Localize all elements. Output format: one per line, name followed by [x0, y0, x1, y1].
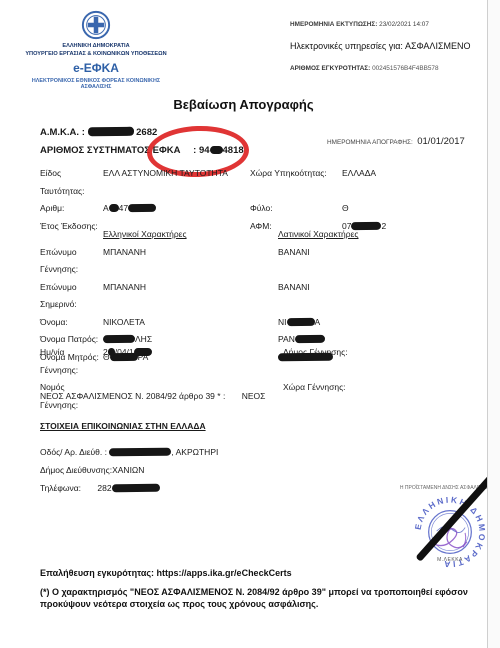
- current-surname-label: Επώνυμο Σημερινό:: [40, 279, 103, 314]
- registration-date-value: 01/01/2017: [417, 136, 465, 147]
- phones-label: Τηλέφωνα:: [40, 483, 81, 493]
- registration-date-label: ΗΜΕΡΟΜΗΝΙΑ ΑΠΟΓΡΑΦΗΣ:: [327, 139, 413, 146]
- contact-heading: ΣΤΟΙΧΕΙΑ ΕΠΙΚΟΙΝΩΝΙΑΣ ΣΤΗΝ ΕΛΛΑΔΑ: [40, 417, 218, 435]
- eservices-label: Ηλεκτρονικές υπηρεσίες για:: [290, 41, 403, 51]
- firstname-label: Όνομα:: [40, 314, 103, 332]
- redaction: [295, 335, 325, 343]
- validity-label: ΑΡΙΘΜΟΣ ΕΓΚΥΡΟΤΗΤΑΣ:: [290, 65, 370, 72]
- phones-value: 282: [97, 483, 159, 493]
- contact-section: ΣΤΟΙΧΕΙΑ ΕΠΙΚΟΙΝΩΝΙΑΣ ΣΤΗΝ ΕΛΛΑΔΑ Οδός/ …: [40, 417, 218, 497]
- footnote: (*) Ο χαρακτηρισμός "ΝΕΟΣ ΑΣΦΑΛΙΣΜΕΝΟΣ Ν…: [40, 586, 487, 610]
- birth-country-label: Χώρα Γέννησης:: [283, 379, 375, 414]
- page-edge: [487, 0, 500, 648]
- redaction: [286, 317, 314, 325]
- address-label: Οδός/ Αρ. Διεύθ. :: [40, 447, 107, 457]
- insured-status-value: ΝΕΟΣ: [242, 391, 266, 401]
- current-surname-greek: ΜΠΑΝΑΝΗ: [103, 279, 278, 314]
- header-agency: e-ΕΦΚΑ: [25, 61, 167, 75]
- gender-label: Φύλο:: [250, 200, 342, 218]
- id-number-label: Αριθμ:: [40, 200, 103, 218]
- efka-number-label: ΑΡΙΘΜΟΣ ΣΥΣΤΗΜΑΤΟΣ ΕΦΚΑ: [40, 145, 180, 156]
- amka-row: Α.Μ.Κ.Α. : 2682: [40, 127, 157, 138]
- redaction: [134, 348, 152, 356]
- birth-surname-latin: BANANI: [278, 244, 359, 279]
- header-republic: ΕΛΛΗΝΙΚΗ ΔΗΜΟΚΡΑΤΙΑ: [25, 42, 167, 50]
- municipality-value: ΧΑΝΙΩΝ: [112, 465, 144, 475]
- current-surname-latin: BANANI: [278, 279, 359, 314]
- efka-number-prefix: 94: [199, 145, 210, 156]
- birth-surname-label: Επώνυμο Γέννησης:: [40, 244, 103, 279]
- phones-row: Τηλέφωνα: 282: [40, 479, 218, 497]
- validity-value: 002451576B4F4BB578: [372, 65, 438, 72]
- verification-line: Επαλήθευση εγκυρότητας: https://apps.ika…: [40, 568, 292, 578]
- firstname-latin: NIA: [278, 314, 359, 332]
- document-title: Βεβαίωση Απογραφής: [0, 97, 487, 112]
- print-date-value: 23/02/2021 14:07: [379, 21, 429, 28]
- latin-characters-header: Λατινικοί Χαρακτήρες: [278, 226, 359, 244]
- header-meta: ΗΜΕΡΟΜΗΝΙΑ ΕΚΤΥΠΩΣΗΣ: 23/02/2021 14:07 Η…: [290, 21, 490, 72]
- print-date-line: ΗΜΕΡΟΜΗΝΙΑ ΕΚΤΥΠΩΣΗΣ: 23/02/2021 14:07: [290, 21, 490, 28]
- amka-value-suffix: 2682: [136, 127, 157, 138]
- address-suffix: , ΑΚΡΩΤΗΡΙ: [171, 447, 218, 457]
- header-ministry: ΥΠΟΥΡΓΕΙΟ ΕΡΓΑΣΙΑΣ & ΚΟΙΝΩΝΙΚΩΝ ΥΠΟΘΕΣΕΩ…: [25, 50, 167, 58]
- id-number-value: Α47: [103, 200, 250, 218]
- greek-emblem-icon: [81, 10, 111, 40]
- agency-logo-block: ΕΛΛΗΝΙΚΗ ΔΗΜΟΚΡΑΤΙΑ ΥΠΟΥΡΓΕΙΟ ΕΡΓΑΣΙΑΣ &…: [25, 10, 167, 90]
- insured-status-label: ΝΕΟΣ ΑΣΦΑΛΙΣΜΕΝΟΣ Ν. 2084/92 άρθρο 39 * …: [40, 391, 225, 401]
- redaction: [87, 127, 133, 136]
- redaction: [112, 484, 160, 493]
- birth-section: Ημ/νία Γέννησης: 2/04/1 Δήμος Γέννησης: …: [40, 344, 375, 414]
- redaction: [109, 204, 119, 212]
- print-date-label: ΗΜΕΡΟΜΗΝΙΑ ΕΚΤΥΠΩΣΗΣ:: [290, 21, 377, 28]
- registration-date: ΗΜΕΡΟΜΗΝΙΑ ΑΠΟΓΡΑΦΗΣ: 01/01/2017: [327, 131, 465, 149]
- birth-surname-greek: ΜΠΑΝΑΝΗ: [103, 244, 278, 279]
- id-type-label: Είδος Ταυτότητας:: [40, 165, 103, 200]
- municipality-label: Δήμος Διεύθυνσης:: [40, 465, 112, 475]
- greek-characters-header: Ελληνικοί Χαρακτήρες: [103, 226, 278, 244]
- firstname-greek: ΝΙΚΟΛΕΤΑ: [103, 314, 278, 332]
- birth-date-value: 2/04/1: [103, 344, 283, 379]
- birth-municipality-label: Δήμος Γέννησης:: [283, 344, 375, 379]
- header-agency-full: ΗΛΕΚΤΡΟΝΙΚΟΣ ΕΘΝΙΚΟΣ ΦΟΡΕΑΣ ΚΟΙΝΩΝΙΚΗΣ Α…: [25, 78, 167, 90]
- redaction: [109, 448, 171, 457]
- redaction: [108, 348, 115, 356]
- efka-number-row: ΑΡΙΘΜΟΣ ΣΥΣΤΗΜΑΤΟΣ ΕΦΚΑ : 944818: [40, 145, 244, 156]
- amka-label: Α.Μ.Κ.Α. :: [40, 127, 85, 138]
- eservices-line: Ηλεκτρονικές υπηρεσίες για: ΑΣΦΑΛΙΣΜΕΝΟ: [290, 41, 490, 51]
- citizenship-value: ΕΛΛΑΔΑ: [342, 165, 386, 200]
- redaction: [128, 204, 156, 212]
- eservices-value: ΑΣΦΑΛΙΣΜΕΝΟ: [405, 41, 471, 51]
- redaction: [103, 335, 135, 343]
- redaction: [209, 146, 222, 154]
- citizenship-label: Χώρα Υπηκοότητας:: [250, 165, 342, 200]
- gender-value: Θ: [342, 200, 386, 218]
- insured-status-row: ΝΕΟΣ ΑΣΦΑΛΙΣΜΕΝΟΣ Ν. 2084/92 άρθρο 39 * …: [40, 391, 265, 401]
- certificate-document: ΕΛΛΗΝΙΚΗ ΔΗΜΟΚΡΑΤΙΑ ΥΠΟΥΡΓΕΙΟ ΕΡΓΑΣΙΑΣ &…: [0, 0, 500, 648]
- municipality-row: Δήμος Διεύθυνσης:ΧΑΝΙΩΝ: [40, 461, 218, 479]
- address-row: Οδός/ Αρ. Διεύθ. : , ΑΚΡΩΤΗΡΙ: [40, 443, 218, 461]
- birth-date-label: Ημ/νία Γέννησης:: [40, 344, 103, 379]
- validity-line: ΑΡΙΘΜΟΣ ΕΓΚΥΡΟΤΗΤΑΣ: 002451576B4F4BB578: [290, 65, 490, 72]
- efka-colon: :: [193, 145, 196, 156]
- id-type-value: ΕΛΛ ΑΣΤΥΝΟΜΙΚΗ ΤΑΥΤΟΤΗΤΑ: [103, 165, 250, 200]
- efka-number-suffix: 4818: [223, 145, 244, 156]
- identity-section: Είδος Ταυτότητας: ΕΛΛ ΑΣΤΥΝΟΜΙΚΗ ΤΑΥΤΟΤΗ…: [40, 165, 386, 235]
